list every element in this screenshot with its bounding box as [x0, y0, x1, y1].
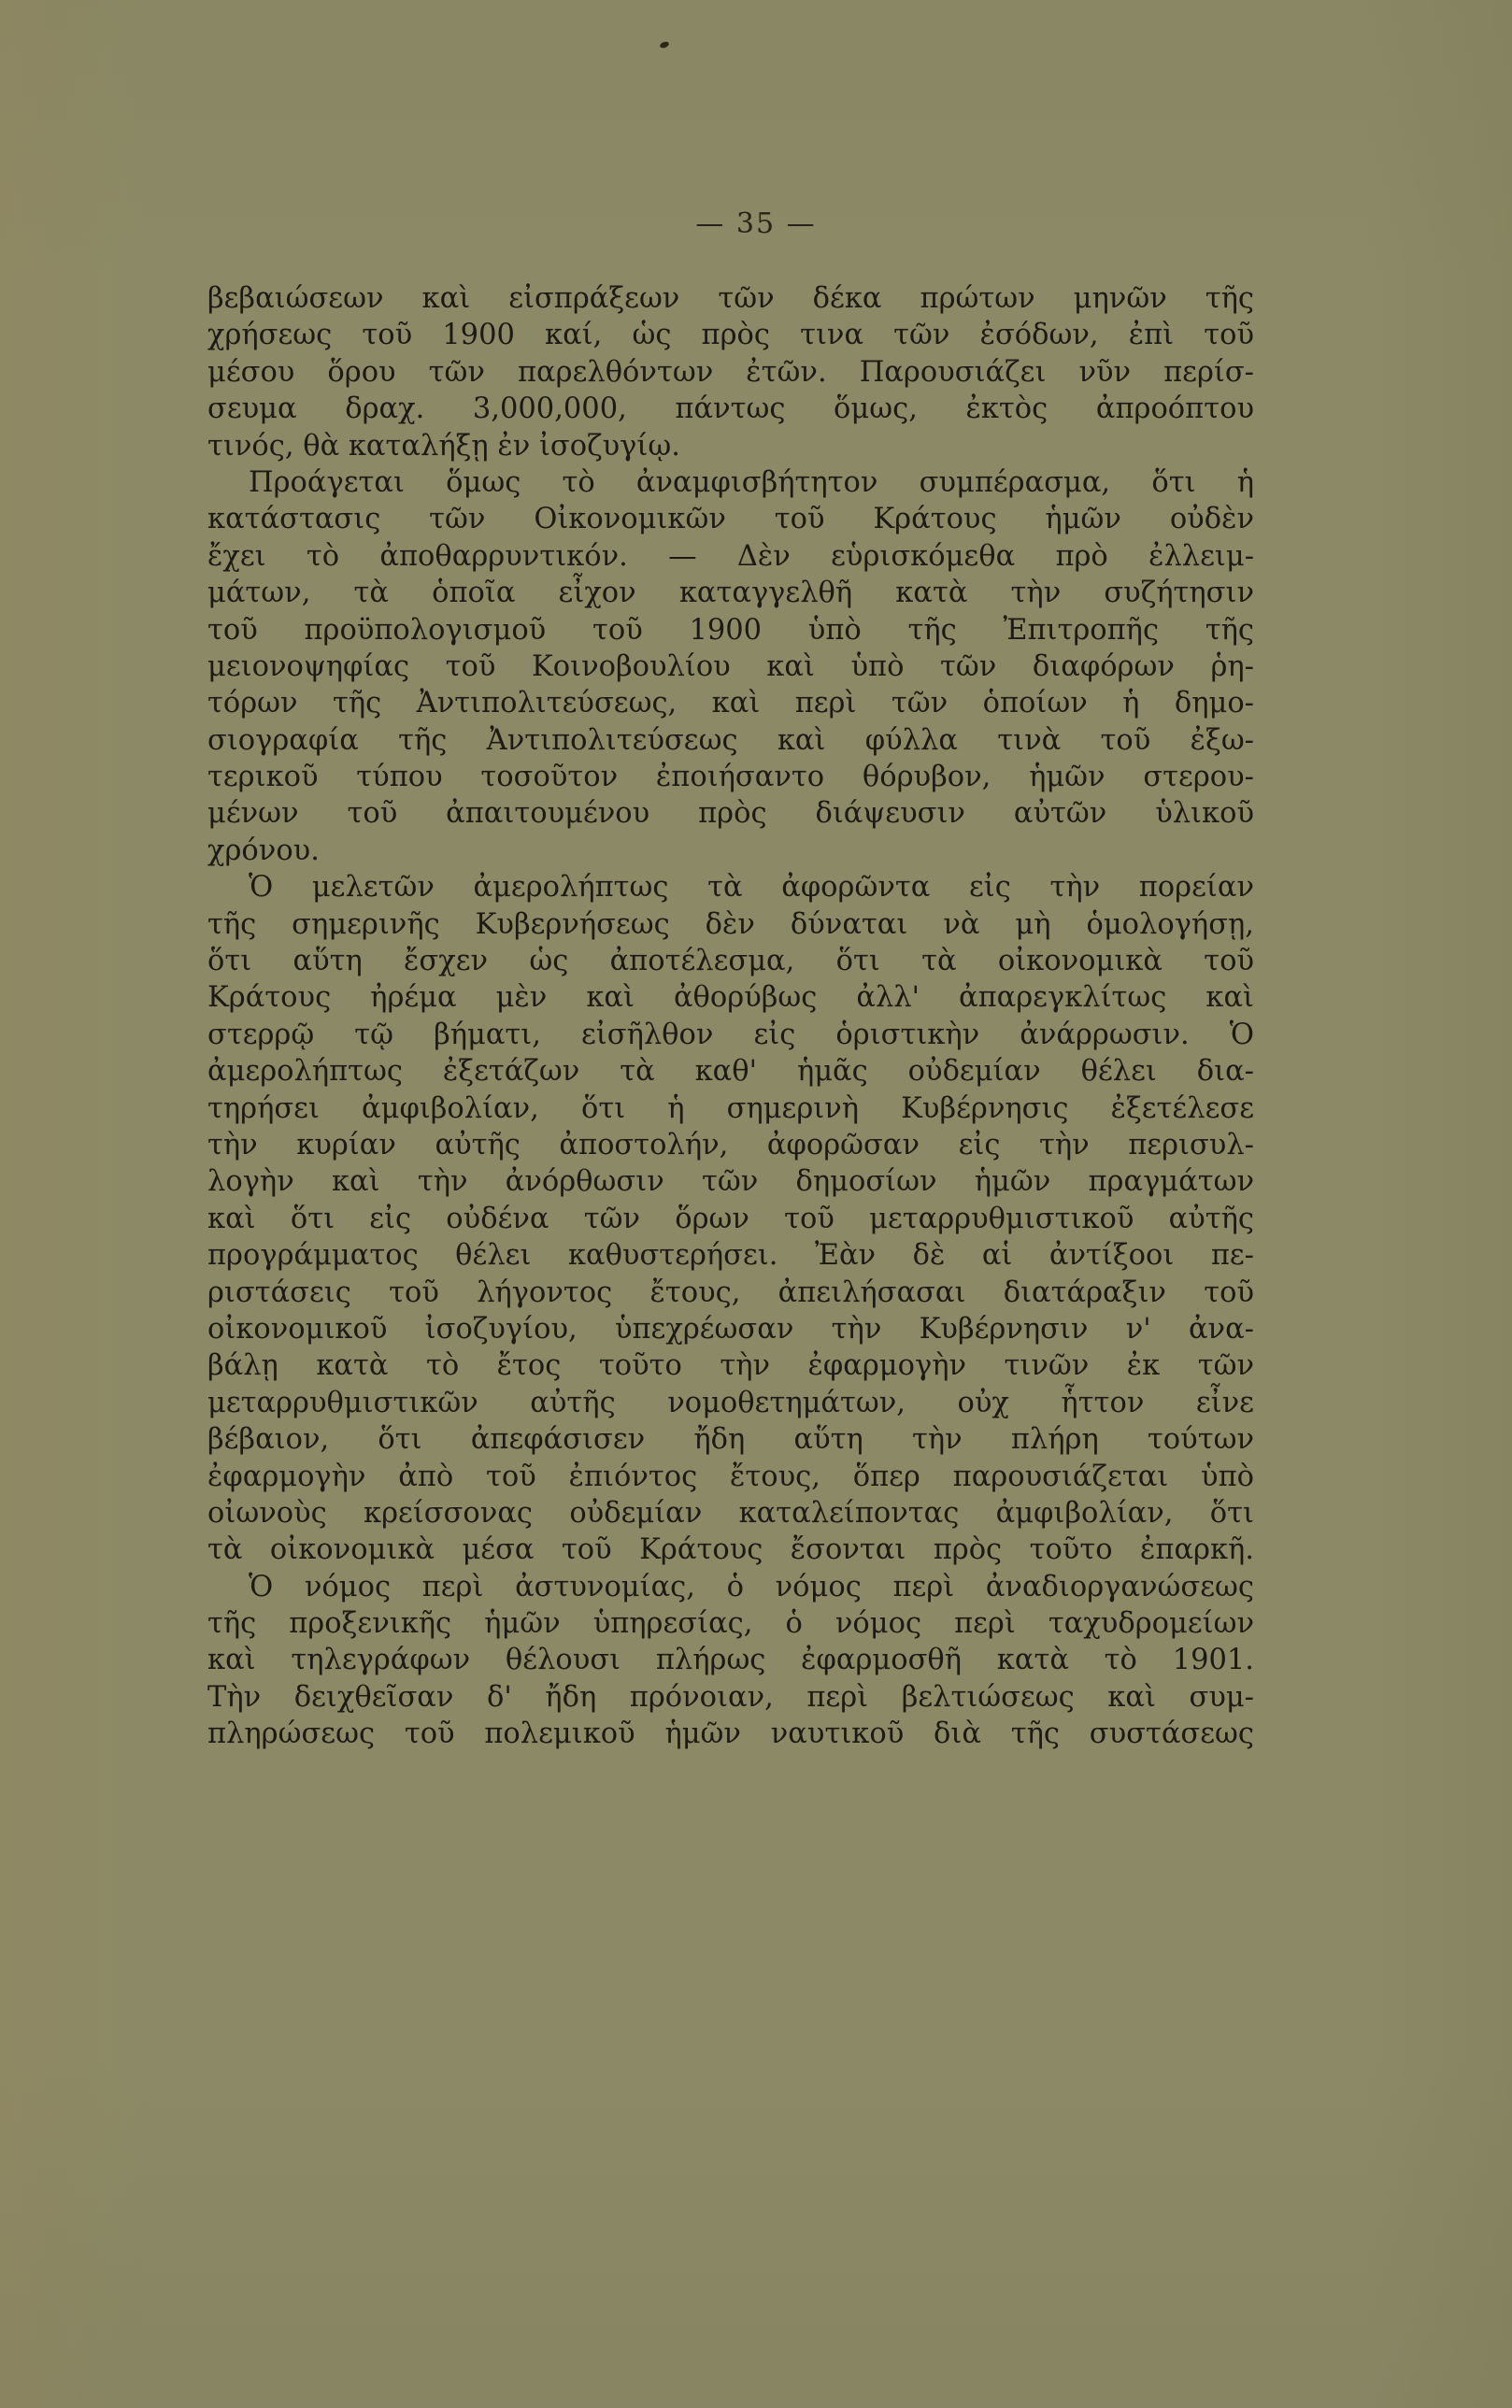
paper-speck: [659, 40, 669, 49]
text-line: ἀμερολήπτως ἐξετάζων τὰ καθ' ἡμᾶς οὐδεμί…: [207, 1053, 1254, 1090]
text-line: χρόνου.: [207, 833, 1254, 869]
text-line: ὅτι αὕτη ἔσχεν ὡς ἀποτέλεσμα, ὅτι τὰ οἰκ…: [207, 943, 1254, 979]
text-line: μεταρρυθμιστικῶν αὐτῆς νομοθετημάτων, οὐ…: [207, 1385, 1254, 1421]
text-line: καὶ τηλεγράφων θέλουσι πλήρως ἐφαρμοσθῆ …: [207, 1642, 1254, 1678]
text-line: τερικοῦ τύπου τοσοῦτον ἐποιήσαντο θόρυβο…: [207, 759, 1254, 795]
text-line: τῆς σημερινῆς Κυβερνήσεως δὲν δύναται νὰ…: [207, 906, 1254, 943]
text-line: ἐφαρμογὴν ἀπὸ τοῦ ἐπιόντος ἔτους, ὅπερ π…: [207, 1459, 1254, 1495]
text-line: μένων τοῦ ἀπαιτουμένου πρὸς διάψευσιν αὐ…: [207, 795, 1254, 832]
text-line: Κράτους ἠρέμα μὲν καὶ ἀθορύβως ἀλλ' ἀπαρ…: [207, 979, 1254, 1016]
text-line: κατάστασις τῶν Οἰκονομικῶν τοῦ Κράτους ἡ…: [207, 501, 1254, 537]
text-line: οἰκονομικοῦ ἰσοζυγίου, ὑπεχρέωσαν τὴν Κυ…: [207, 1311, 1254, 1347]
text-line: πληρώσεως τοῦ πολεμικοῦ ἡμῶν ναυτικοῦ δι…: [207, 1716, 1254, 1752]
text-line: τὰ οἰκονομικὰ μέσα τοῦ Κράτους ἔσονται π…: [207, 1532, 1254, 1568]
text-line: καὶ ὅτι εἰς οὐδένα τῶν ὅρων τοῦ μεταρρυθ…: [207, 1201, 1254, 1237]
text-line: Τὴν δειχθεῖσαν δ' ἤδη πρόνοιαν, περὶ βελ…: [207, 1679, 1254, 1716]
text-line: τινός, θὰ καταλήξῃ ἐν ἰσοζυγίῳ.: [207, 428, 1254, 464]
text-line: λογὴν καὶ τὴν ἀνόρθωσιν τῶν δημοσίων ἡμῶ…: [207, 1163, 1254, 1200]
text-line: τὴν κυρίαν αὐτῆς ἀποστολήν, ἀφορῶσαν εἰς…: [207, 1127, 1254, 1163]
text-line: Ὁ μελετῶν ἀμερολήπτως τὰ ἀφορῶντα εἰς τὴ…: [207, 869, 1254, 905]
text-line: Προάγεται ὅμως τὸ ἀναμφισβήτητον συμπέρα…: [207, 464, 1254, 501]
text-line: τηρήσει ἀμφιβολίαν, ὅτι ἡ σημερινὴ Κυβέρ…: [207, 1090, 1254, 1127]
text-line: μειονοψηφίας τοῦ Κοινοβουλίου καὶ ὑπὸ τῶ…: [207, 648, 1254, 685]
text-line: οἰωνοὺς κρείσσονας οὐδεμίαν καταλείποντα…: [207, 1495, 1254, 1532]
text-line: ἔχει τὸ ἀποθαρρυντικόν. — Δὲν εὑρισκόμεθ…: [207, 538, 1254, 575]
text-line: σιογραφία τῆς Ἀντιπολιτεύσεως καὶ φύλλα …: [207, 722, 1254, 759]
text-line: ριστάσεις τοῦ λήγοντος ἔτους, ἀπειλήσασα…: [207, 1275, 1254, 1311]
text-line: τοῦ προϋπολογισμοῦ τοῦ 1900 ὑπὸ τῆς Ἐπιτ…: [207, 612, 1254, 648]
text-line: βεβαιώσεων καὶ εἰσπράξεων τῶν δέκα πρώτω…: [207, 280, 1254, 317]
text-line: Ὁ νόμος περὶ ἀστυνομίας, ὁ νόμος περὶ ἀν…: [207, 1569, 1254, 1605]
text-line: προγράμματος θέλει καθυστερήσει. Ἐὰν δὲ …: [207, 1237, 1254, 1274]
text-line: χρήσεως τοῦ 1900 καί, ὡς πρὸς τινα τῶν ἐ…: [207, 317, 1254, 353]
page-number: — 35 —: [0, 207, 1512, 240]
text-line: βάλῃ κατὰ τὸ ἔτος τοῦτο τὴν ἐφαρμογὴν τι…: [207, 1347, 1254, 1384]
text-line: βέβαιον, ὅτι ἀπεφάσισεν ἤδη αὕτη τὴν πλή…: [207, 1421, 1254, 1458]
body-text: βεβαιώσεων καὶ εἰσπράξεων τῶν δέκα πρώτω…: [207, 280, 1254, 1753]
text-line: τῆς προξενικῆς ἡμῶν ὑπηρεσίας, ὁ νόμος π…: [207, 1605, 1254, 1642]
text-line: σευμα δραχ. 3,000,000, πάντως ὅμως, ἐκτὸ…: [207, 391, 1254, 427]
text-line: μέσου ὅρου τῶν παρελθόντων ἐτῶν. Παρουσι…: [207, 354, 1254, 391]
text-line: τόρων τῆς Ἀντιπολιτεύσεως, καὶ περὶ τῶν …: [207, 685, 1254, 721]
text-line: στερρῷ τῷ βήματι, εἰσῆλθον εἰς ὁριστικὴν…: [207, 1017, 1254, 1053]
text-line: μάτων, τὰ ὁποῖα εἶχον καταγγελθῆ κατὰ τὴ…: [207, 575, 1254, 611]
